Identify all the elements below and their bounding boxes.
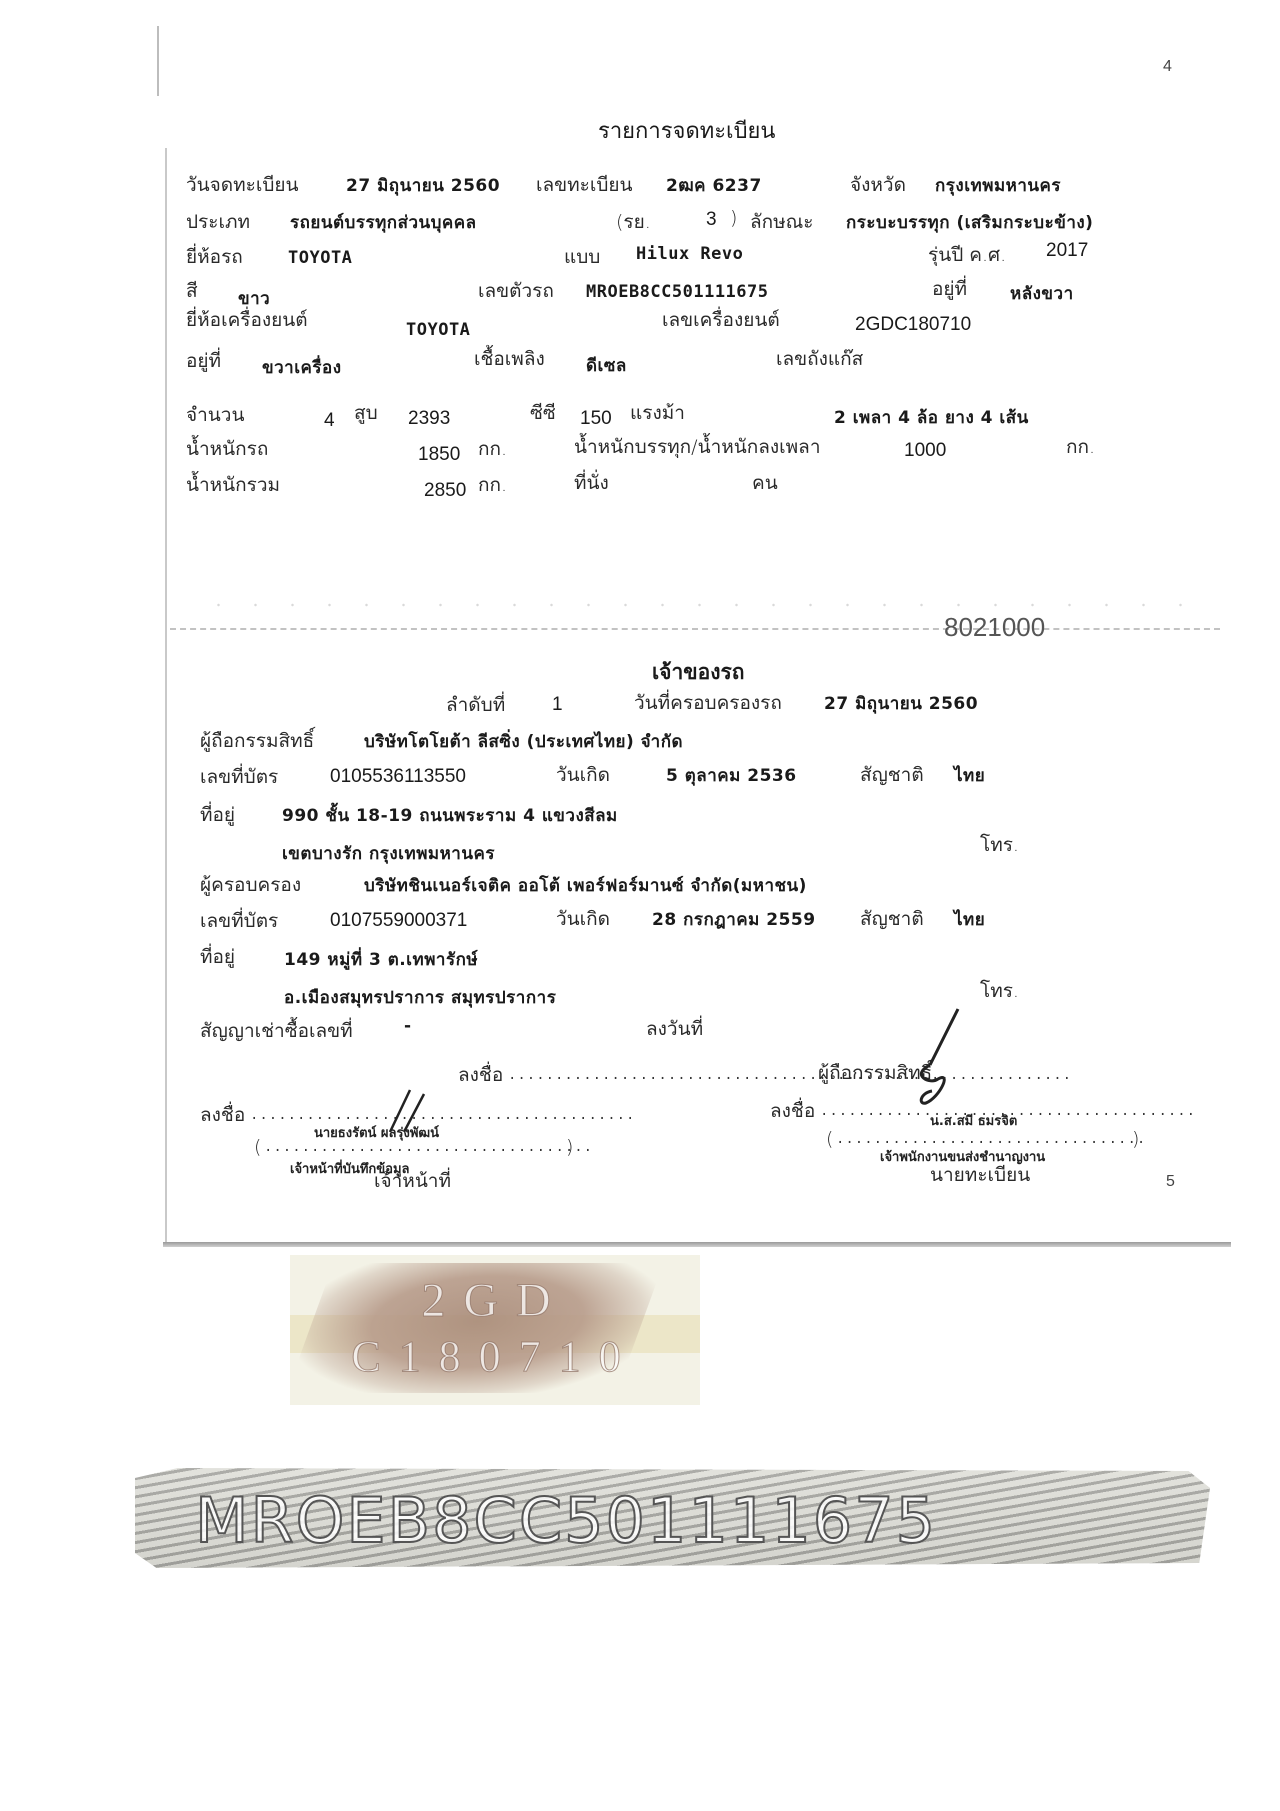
proprietor-name: บริษัทโตโยต้า ลีสซิ่ง (ประเทศไทย) จำกัด	[364, 728, 683, 755]
officer-paren-close: )	[566, 1136, 573, 1158]
horsepower-unit: แรงม้า	[630, 398, 685, 428]
officer-paren-open: (	[254, 1136, 261, 1158]
serial-fragment: 8021000	[944, 612, 1045, 643]
engine-rubbing-line2: C180710	[290, 1331, 700, 1382]
payload-value: 1000	[904, 440, 946, 462]
cc-unit: ซีซี	[530, 398, 556, 428]
page-edge-line	[157, 26, 159, 96]
style-value: กระบะบรรทุก (เสริมกระบะข้าง)	[846, 209, 1093, 236]
payload-label: น้ำหนักบรรทุก/น้ำหนักลงเพลา	[574, 432, 821, 462]
engine-location-label: อยู่ที่	[186, 346, 221, 376]
proprietor-birth-label: วันเกิด	[556, 760, 610, 790]
kg-unit-2: กก.	[1066, 432, 1095, 462]
possessor-id-value: 0107559000371	[330, 910, 467, 932]
kg-unit-3: กก.	[478, 470, 507, 500]
sign-date-label: ลงวันที่	[646, 1014, 703, 1044]
chassis-value: MROEB8CC501111675	[586, 282, 769, 302]
proprietor-sign-label: ลงชื่อ	[458, 1060, 503, 1090]
registrar-role: นายทะเบียน	[930, 1160, 1030, 1190]
plate-label: เลขทะเบียน	[536, 170, 633, 200]
page-number-bottom: 5	[1166, 1173, 1175, 1191]
type-value: รถยนต์บรรทุกส่วนบุคคล	[290, 209, 477, 236]
possessor-nationality-label: สัญชาติ	[860, 904, 924, 934]
ry-open: (รย.	[616, 207, 651, 237]
chassis-rubbing-text: MROEB8CC501111675	[195, 1484, 937, 1557]
officer-sign-label: ลงชื่อ	[200, 1100, 245, 1130]
proprietor-id-value: 0105536113550	[330, 766, 466, 788]
kg-unit-1: กก.	[478, 434, 507, 464]
lease-contract-label: สัญญาเช่าซื้อเลขที่	[200, 1016, 353, 1046]
engine-number-label: เลขเครื่องยนต์	[662, 305, 780, 335]
engine-number-rubbing: 2GD C180710	[290, 1255, 700, 1405]
axles-wheels-value: 2 เพลา 4 ล้อ ยาง 4 เส้น	[834, 404, 1029, 431]
year-label: รุ่นปี ค.ศ.	[928, 240, 1006, 270]
page-number-top: 4	[1163, 58, 1172, 76]
chassis-location-label: อยู่ที่	[932, 274, 967, 304]
plate-value: 2ฒค 6237	[666, 172, 762, 199]
proprietor-label: ผู้ถือกรรมสิทธิ์	[200, 726, 314, 756]
cylinders-value: 4	[324, 410, 335, 432]
registrar-paren-close: )	[1132, 1128, 1139, 1150]
proprietor-phone-label: โทร.	[980, 830, 1019, 860]
possessor-phone-label: โทร.	[980, 976, 1019, 1006]
color-label: สี	[186, 276, 198, 306]
registrar-paren-open: (	[826, 1128, 833, 1150]
sequence-label: ลำดับที่	[446, 690, 505, 720]
proprietor-birth-value: 5 ตุลาคม 2536	[666, 762, 797, 789]
possessor-address-line2: อ.เมืองสมุทรปราการ สมุทรปราการ	[284, 984, 556, 1011]
vehicle-weight-label: น้ำหนักรถ	[186, 434, 268, 464]
scan-specks	[200, 600, 1200, 612]
style-label: ลักษณะ	[750, 207, 814, 237]
chassis-number-rubbing: MROEB8CC501111675	[135, 1468, 1210, 1568]
year-value: 2017	[1046, 240, 1088, 262]
proprietor-nationality-value: ไทย	[954, 762, 985, 789]
reg-date-value: 27 มิถุนายน 2560	[346, 172, 500, 199]
officer-signature-mark	[370, 1086, 440, 1136]
seats-unit: คน	[752, 468, 778, 498]
gas-tank-label: เลขถังแก๊ส	[776, 344, 863, 374]
possessor-address-label: ที่อยู่	[200, 942, 235, 972]
engine-brand-label: ยี่ห้อเครื่องยนต์	[186, 305, 308, 335]
fuel-value: ดีเซล	[586, 352, 627, 379]
registrar-sign-label: ลงชื่อ	[770, 1096, 815, 1126]
proprietor-address-label: ที่อยู่	[200, 800, 235, 830]
province-label: จังหวัด	[850, 170, 906, 200]
vehicle-weight-value: 1850	[418, 444, 460, 466]
possessor-birth-label: วันเกิด	[556, 904, 610, 934]
ry-close: )	[730, 207, 737, 229]
gross-weight-value: 2850	[424, 480, 466, 502]
engine-number-value: 2GDC180710	[855, 314, 971, 336]
possessor-address-line1: 149 หมู่ที่ 3 ต.เทพารักษ์	[284, 946, 478, 973]
officer-sign-line: ........................................…	[250, 1108, 635, 1124]
possessor-label: ผู้ครอบครอง	[200, 870, 301, 900]
quantity-label: จำนวน	[186, 400, 244, 430]
horsepower-value: 150	[580, 408, 612, 430]
cc-value: 2393	[408, 408, 450, 430]
proprietor-nationality-label: สัญชาติ	[860, 760, 924, 790]
ry-value: 3	[706, 209, 717, 231]
province-value: กรุงเทพมหานคร	[935, 172, 1061, 199]
engine-rubbing-line1: 2GD	[290, 1273, 700, 1328]
proprietor-address-line1: 990 ชั้น 18-19 ถนนพระราม 4 แขวงสีลม	[282, 802, 618, 829]
brand-label: ยี่ห้อรถ	[186, 242, 243, 272]
sequence-value: 1	[552, 694, 563, 716]
model-label: แบบ	[564, 242, 600, 272]
possessor-nationality-value: ไทย	[954, 906, 985, 933]
possessor-birth-value: 28 กรกฎาคม 2559	[652, 906, 816, 933]
model-value: Hilux Revo	[636, 244, 743, 264]
proprietor-signature-mark	[900, 1005, 980, 1115]
lease-contract-value: -	[404, 1016, 412, 1036]
engine-brand-value: TOYOTA	[406, 320, 470, 340]
gross-weight-label: น้ำหนักรวม	[186, 470, 280, 500]
proprietor-address-line2: เขตบางรัก กรุงเทพมหานคร	[282, 840, 495, 867]
possessor-id-label: เลขที่บัตร	[200, 906, 278, 936]
type-label: ประเภท	[186, 207, 250, 237]
chassis-location-value: หลังขวา	[1010, 280, 1074, 307]
proprietor-id-label: เลขที่บัตร	[200, 762, 278, 792]
proprietor-sign-line: ........................................…	[508, 1068, 1072, 1084]
page-bottom-edge	[163, 1242, 1231, 1247]
chassis-label: เลขตัวรถ	[478, 276, 554, 306]
officer-paren-line: ...................................	[264, 1140, 593, 1156]
fold-line	[170, 628, 1220, 633]
possession-date-value: 27 มิถุนายน 2560	[824, 690, 978, 717]
fuel-label: เชื้อเพลิง	[474, 344, 545, 374]
seats-label: ที่นั่ง	[574, 468, 609, 498]
registration-title: รายการจดทะเบียน	[598, 113, 775, 148]
owner-title: เจ้าของรถ	[652, 656, 745, 689]
possessor-name: บริษัทชินเนอร์เจติค ออโต้ เพอร์ฟอร์มานซ์…	[364, 872, 807, 899]
possession-date-label: วันที่ครอบครองรถ	[634, 688, 782, 718]
cylinders-unit: สูบ	[354, 398, 378, 428]
brand-value: TOYOTA	[288, 248, 352, 268]
engine-location-value: ขวาเครื่อง	[262, 354, 342, 381]
officer-role: เจ้าหน้าที่	[374, 1166, 451, 1196]
reg-date-label: วันจดทะเบียน	[186, 170, 299, 200]
